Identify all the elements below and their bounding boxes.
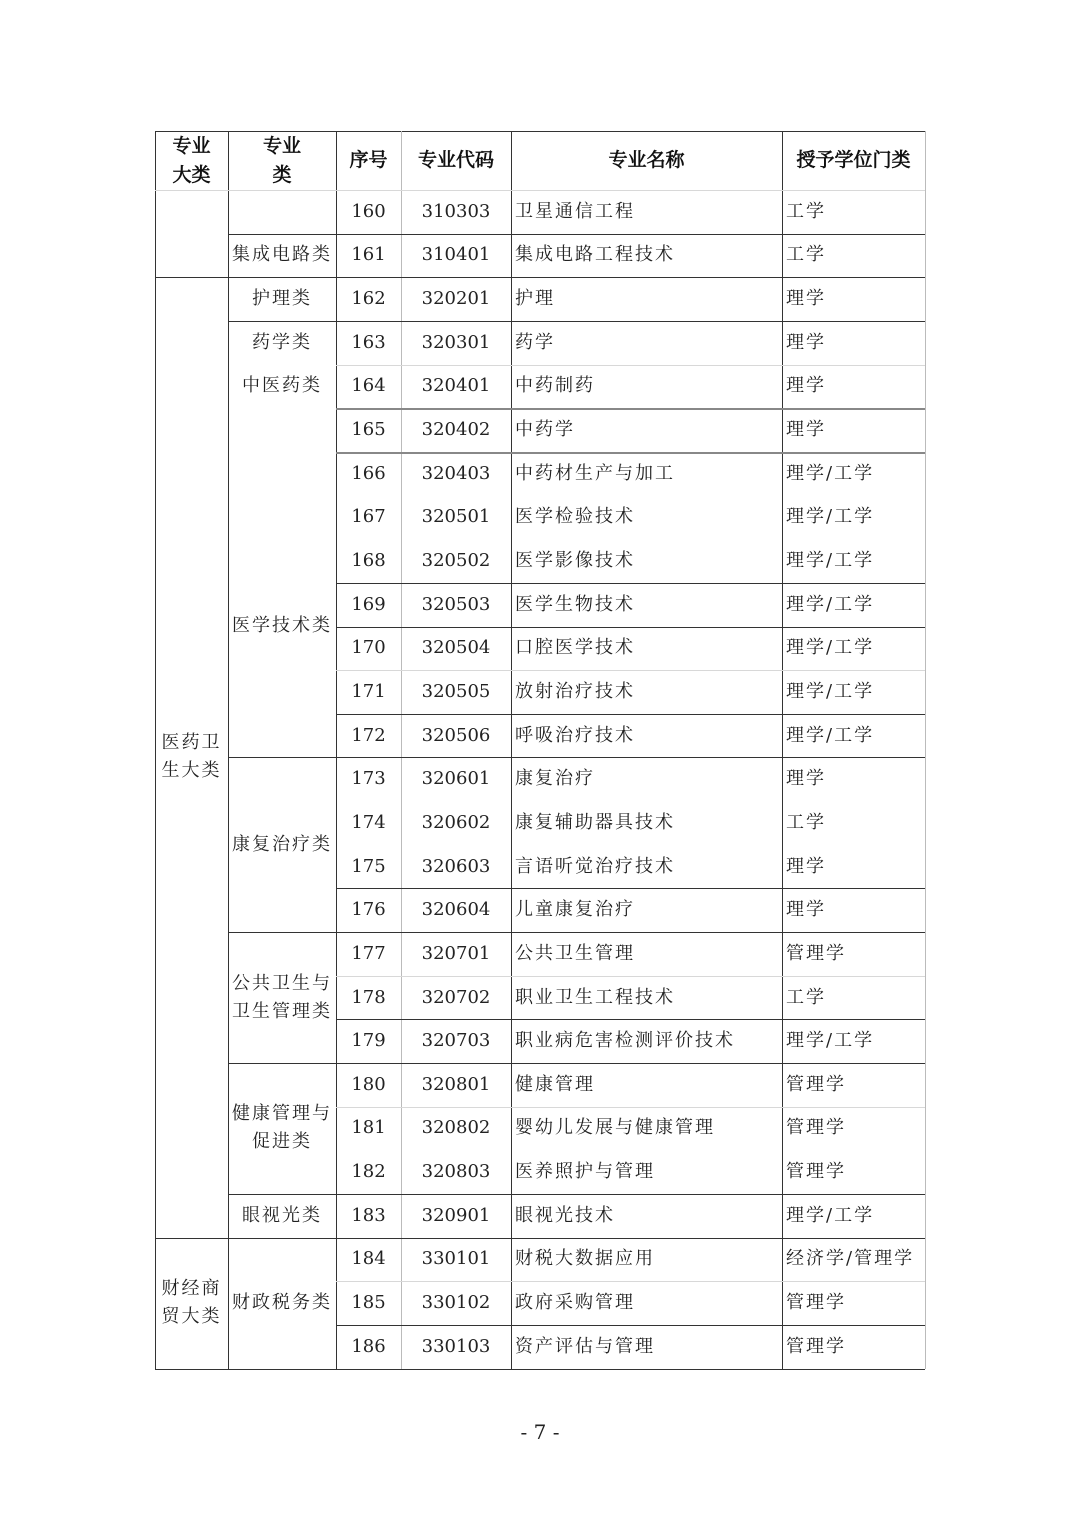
degree-category: 理学 xyxy=(782,365,925,409)
serial-number: 161 xyxy=(336,234,401,278)
degree-category: 工学 xyxy=(782,234,925,278)
major-name: 言语听觉治疗技术 xyxy=(511,845,782,889)
degree-category: 理学 xyxy=(782,277,925,321)
category-cell: 财政税务类 xyxy=(228,1238,336,1369)
table-row: 161310401集成电路工程技术工学 xyxy=(336,234,925,278)
major-code: 320402 xyxy=(401,408,511,452)
category-label: 财政税务类 xyxy=(232,1289,332,1317)
table-row: 185330102政府采购管理管理学 xyxy=(336,1281,925,1325)
major-name: 政府采购管理 xyxy=(511,1281,782,1325)
majors-table: 专业大类专业类序号专业代码专业名称授予学位门类医药卫生大类财经商贸大类集成电路类… xyxy=(155,131,925,1369)
major-name: 药学 xyxy=(511,321,782,365)
table-row: 162320201护理理学 xyxy=(336,277,925,321)
serial-number: 167 xyxy=(336,496,401,540)
major-name: 健康管理 xyxy=(511,1063,782,1107)
degree-category: 管理学 xyxy=(782,1063,925,1107)
table-row: 166320403中药材生产与加工理学/工学 xyxy=(336,452,925,496)
major-code: 320301 xyxy=(401,321,511,365)
table-row: 174320602康复辅助器具技术工学 xyxy=(336,801,925,845)
table-row: 172320506呼吸治疗技术理学/工学 xyxy=(336,714,925,758)
table-row: 181320802婴幼儿发展与健康管理管理学 xyxy=(336,1107,925,1151)
major-code: 330101 xyxy=(401,1238,511,1282)
category-label: 药学类 xyxy=(252,329,312,357)
serial-number: 173 xyxy=(336,757,401,801)
major-name: 中药学 xyxy=(511,408,782,452)
major-code: 320803 xyxy=(401,1150,511,1194)
degree-category: 理学/工学 xyxy=(782,1019,925,1063)
table-row: 180320801健康管理管理学 xyxy=(336,1063,925,1107)
serial-number: 160 xyxy=(336,190,401,234)
major-category-label: 医药卫 xyxy=(162,729,222,757)
major-name: 财税大数据应用 xyxy=(511,1238,782,1282)
major-name: 医学检验技术 xyxy=(511,496,782,540)
category-label: 促进类 xyxy=(252,1128,312,1156)
table-row: 184330101财税大数据应用经济学/管理学 xyxy=(336,1238,925,1282)
category-label: 护理类 xyxy=(252,285,312,313)
major-name: 中药制药 xyxy=(511,365,782,409)
degree-category: 理学/工学 xyxy=(782,539,925,583)
degree-category: 理学/工学 xyxy=(782,670,925,714)
major-code: 330103 xyxy=(401,1325,511,1369)
major-name: 护理 xyxy=(511,277,782,321)
degree-category: 理学/工学 xyxy=(782,1194,925,1238)
serial-number: 166 xyxy=(336,452,401,496)
serial-number: 163 xyxy=(336,321,401,365)
serial-number: 162 xyxy=(336,277,401,321)
serial-number: 176 xyxy=(336,888,401,932)
serial-number: 169 xyxy=(336,583,401,627)
major-name: 口腔医学技术 xyxy=(511,627,782,671)
category-cell: 中医药类 xyxy=(228,365,336,409)
category-cell: 康复治疗类 xyxy=(228,757,336,932)
degree-category: 理学 xyxy=(782,845,925,889)
major-code: 320201 xyxy=(401,277,511,321)
major-code: 320601 xyxy=(401,757,511,801)
column-header-label: 序号 xyxy=(349,146,387,175)
major-code: 310303 xyxy=(401,190,511,234)
column-header: 专业类 xyxy=(228,131,336,190)
serial-number: 170 xyxy=(336,627,401,671)
major-category-label: 财经商 xyxy=(162,1275,222,1303)
degree-category: 管理学 xyxy=(782,1281,925,1325)
major-code: 320702 xyxy=(401,976,511,1020)
major-code: 320701 xyxy=(401,932,511,976)
table-row: 169320503医学生物技术理学/工学 xyxy=(336,583,925,627)
major-code: 320703 xyxy=(401,1019,511,1063)
major-code: 330102 xyxy=(401,1281,511,1325)
major-code: 320603 xyxy=(401,845,511,889)
major-name: 医学影像技术 xyxy=(511,539,782,583)
major-code: 320403 xyxy=(401,452,511,496)
column-header-label: 专业 xyxy=(172,132,210,161)
column-header: 授予学位门类 xyxy=(782,131,925,190)
serial-number: 164 xyxy=(336,365,401,409)
major-name: 医养照护与管理 xyxy=(511,1150,782,1194)
category-label: 医学技术类 xyxy=(232,612,332,640)
column-header-label: 专业名称 xyxy=(608,146,684,175)
page-number: - 7 - xyxy=(0,1420,1080,1444)
serial-number: 174 xyxy=(336,801,401,845)
major-category-label: 贸大类 xyxy=(162,1303,222,1331)
major-category-cell: 财经商贸大类 xyxy=(155,1238,228,1369)
major-name: 婴幼儿发展与健康管理 xyxy=(511,1107,782,1151)
serial-number: 184 xyxy=(336,1238,401,1282)
category-cell: 眼视光类 xyxy=(228,1194,336,1238)
column-header: 序号 xyxy=(336,131,401,190)
serial-number: 186 xyxy=(336,1325,401,1369)
major-name: 眼视光技术 xyxy=(511,1194,782,1238)
table-row: 183320901眼视光技术理学/工学 xyxy=(336,1194,925,1238)
major-name: 资产评估与管理 xyxy=(511,1325,782,1369)
table-row: 171320505放射治疗技术理学/工学 xyxy=(336,670,925,714)
major-code: 320502 xyxy=(401,539,511,583)
category-label: 眼视光类 xyxy=(242,1202,322,1230)
category-label: 健康管理与 xyxy=(232,1100,332,1128)
column-header-label: 授予学位门类 xyxy=(796,146,910,175)
serial-number: 172 xyxy=(336,714,401,758)
category-label: 卫生管理类 xyxy=(232,998,332,1026)
serial-number: 185 xyxy=(336,1281,401,1325)
serial-number: 178 xyxy=(336,976,401,1020)
category-cell xyxy=(228,190,336,234)
degree-category: 理学/工学 xyxy=(782,714,925,758)
table-row: 167320501医学检验技术理学/工学 xyxy=(336,496,925,540)
major-code: 320503 xyxy=(401,583,511,627)
category-label: 集成电路类 xyxy=(232,241,332,269)
degree-category: 工学 xyxy=(782,190,925,234)
table-row: 164320401中药制药理学 xyxy=(336,365,925,409)
major-code: 320801 xyxy=(401,1063,511,1107)
degree-category: 理学/工学 xyxy=(782,496,925,540)
major-name: 康复治疗 xyxy=(511,757,782,801)
major-name: 康复辅助器具技术 xyxy=(511,801,782,845)
table-row: 177320701公共卫生管理管理学 xyxy=(336,932,925,976)
degree-category: 工学 xyxy=(782,801,925,845)
table-row: 170320504口腔医学技术理学/工学 xyxy=(336,627,925,671)
serial-number: 180 xyxy=(336,1063,401,1107)
major-code: 320604 xyxy=(401,888,511,932)
degree-category: 经济学/管理学 xyxy=(782,1238,925,1282)
major-code: 320504 xyxy=(401,627,511,671)
table-row: 165320402中药学理学 xyxy=(336,408,925,452)
major-name: 儿童康复治疗 xyxy=(511,888,782,932)
table-row: 175320603言语听觉治疗技术理学 xyxy=(336,845,925,889)
major-code: 310401 xyxy=(401,234,511,278)
major-code: 320802 xyxy=(401,1107,511,1151)
table-row: 178320702职业卫生工程技术工学 xyxy=(336,976,925,1020)
serial-number: 168 xyxy=(336,539,401,583)
degree-category: 理学/工学 xyxy=(782,627,925,671)
table-row: 163320301药学理学 xyxy=(336,321,925,365)
category-cell: 健康管理与促进类 xyxy=(228,1063,336,1194)
degree-category: 理学 xyxy=(782,408,925,452)
serial-number: 177 xyxy=(336,932,401,976)
degree-category: 管理学 xyxy=(782,1325,925,1369)
category-cell: 集成电路类 xyxy=(228,234,336,278)
major-name: 放射治疗技术 xyxy=(511,670,782,714)
category-cell: 护理类 xyxy=(228,277,336,321)
major-name: 医学生物技术 xyxy=(511,583,782,627)
degree-category: 理学/工学 xyxy=(782,583,925,627)
category-label: 公共卫生与 xyxy=(232,970,332,998)
serial-number: 183 xyxy=(336,1194,401,1238)
table-row: 182320803医养照护与管理管理学 xyxy=(336,1150,925,1194)
major-name: 集成电路工程技术 xyxy=(511,234,782,278)
column-header-label: 大类 xyxy=(172,161,210,190)
major-name: 呼吸治疗技术 xyxy=(511,714,782,758)
table-row: 176320604儿童康复治疗理学 xyxy=(336,888,925,932)
degree-category: 理学/工学 xyxy=(782,452,925,496)
document-page: 专业大类专业类序号专业代码专业名称授予学位门类医药卫生大类财经商贸大类集成电路类… xyxy=(0,0,1080,1529)
major-name: 职业卫生工程技术 xyxy=(511,976,782,1020)
serial-number: 182 xyxy=(336,1150,401,1194)
table-row: 186330103资产评估与管理管理学 xyxy=(336,1325,925,1369)
degree-category: 管理学 xyxy=(782,1150,925,1194)
degree-category: 理学 xyxy=(782,888,925,932)
major-code: 320401 xyxy=(401,365,511,409)
table-bottom-border xyxy=(155,1369,925,1370)
major-name: 中药材生产与加工 xyxy=(511,452,782,496)
serial-number: 165 xyxy=(336,408,401,452)
column-divider xyxy=(925,131,926,1369)
degree-category: 理学 xyxy=(782,321,925,365)
degree-category: 管理学 xyxy=(782,1107,925,1151)
column-header-label: 专业代码 xyxy=(418,146,494,175)
degree-category: 理学 xyxy=(782,757,925,801)
major-code: 320901 xyxy=(401,1194,511,1238)
degree-category: 工学 xyxy=(782,976,925,1020)
major-code: 320602 xyxy=(401,801,511,845)
major-name: 公共卫生管理 xyxy=(511,932,782,976)
table-row: 179320703职业病危害检测评价技术理学/工学 xyxy=(336,1019,925,1063)
serial-number: 179 xyxy=(336,1019,401,1063)
major-category-label: 生大类 xyxy=(162,757,222,785)
table-row: 173320601康复治疗理学 xyxy=(336,757,925,801)
category-cell: 公共卫生与卫生管理类 xyxy=(228,932,336,1063)
serial-number: 181 xyxy=(336,1107,401,1151)
category-label: 康复治疗类 xyxy=(232,831,332,859)
serial-number: 175 xyxy=(336,845,401,889)
major-name: 职业病危害检测评价技术 xyxy=(511,1019,782,1063)
category-label: 中医药类 xyxy=(242,372,322,400)
column-header: 专业代码 xyxy=(401,131,511,190)
table-row: 168320502医学影像技术理学/工学 xyxy=(336,539,925,583)
major-code: 320505 xyxy=(401,670,511,714)
major-category-cell: 医药卫生大类 xyxy=(155,277,228,1237)
serial-number: 171 xyxy=(336,670,401,714)
table-row: 160310303卫星通信工程工学 xyxy=(336,190,925,234)
column-header: 专业大类 xyxy=(155,131,228,190)
major-code: 320501 xyxy=(401,496,511,540)
column-header-label: 专业 xyxy=(263,132,301,161)
major-name: 卫星通信工程 xyxy=(511,190,782,234)
degree-category: 管理学 xyxy=(782,932,925,976)
column-header: 专业名称 xyxy=(511,131,782,190)
major-code: 320506 xyxy=(401,714,511,758)
column-header-label: 类 xyxy=(272,161,291,190)
category-cell: 药学类 xyxy=(228,321,336,365)
category-cell: 医学技术类 xyxy=(228,496,336,758)
